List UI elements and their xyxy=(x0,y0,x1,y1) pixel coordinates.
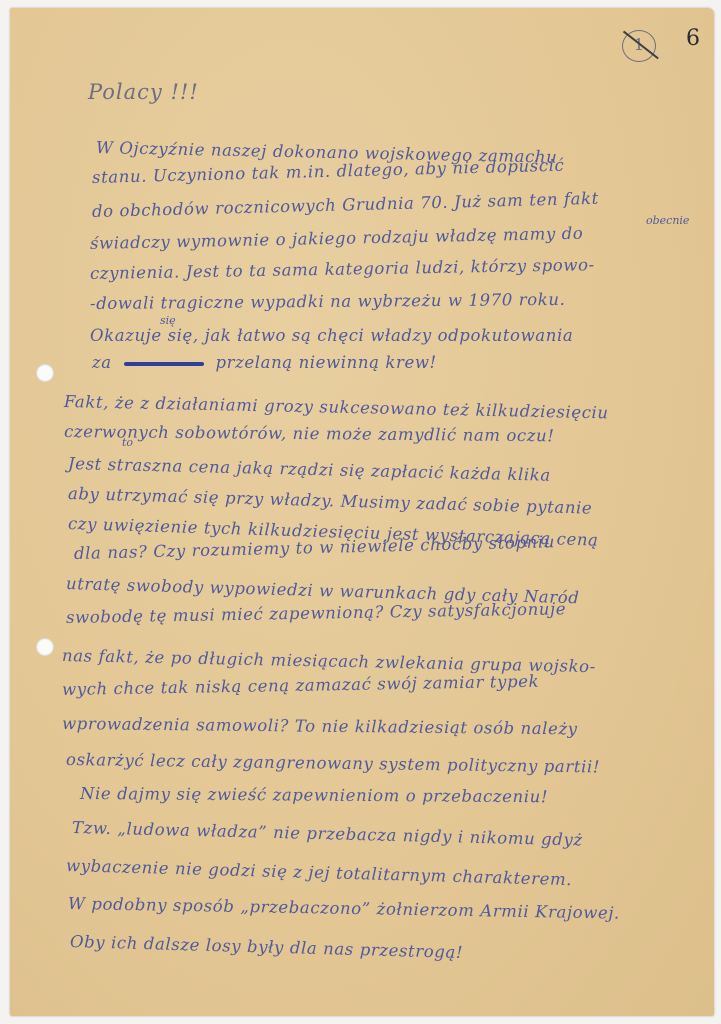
text-line: -dowali tragiczne wypadki na wybrzeżu w … xyxy=(90,290,566,313)
text-line: swobodę tę musi mieć zapewnioną? Czy sat… xyxy=(66,599,566,627)
text-line-remainder: przelaną niewinną krew! xyxy=(215,353,436,372)
text-line: oskarżyć lecz cały zgangrenowany system … xyxy=(66,750,600,776)
text-line: Tzw. „ludowa władza” nie przebacza nigdy… xyxy=(72,818,583,849)
text-line: do obchodów rocznicowych Grudnia 70. Już… xyxy=(92,189,599,221)
strikethrough-mark xyxy=(124,362,204,366)
text-line: Nie dajmy się zwieść zapewnieniom o prze… xyxy=(80,784,548,806)
page-number: 6 xyxy=(686,26,700,51)
text-line: świadczy wymownie o jakiego rodzaju wład… xyxy=(90,224,584,253)
prefix-text: za xyxy=(92,353,112,372)
inserted-word: to xyxy=(122,436,133,449)
document-page: 1 6 Polacy !!! W Ojczyźnie naszej dokona… xyxy=(10,8,714,1016)
text-line: Fakt, że z działaniami grozy sukcesowano… xyxy=(64,392,609,422)
document-heading: Polacy !!! xyxy=(88,80,199,104)
text-line: czerwonych sobowtórów, nie może zamydlić… xyxy=(64,422,555,445)
text-line: Okazuje się, jak łatwo są chęci władzy o… xyxy=(90,326,573,345)
text-line: za przelaną niewinną krew! xyxy=(92,353,437,372)
text-line: aby utrzymać się przy władzy. Musimy zad… xyxy=(68,484,593,518)
text-line: Jest straszna cena jaką rządzi się zapła… xyxy=(68,454,551,485)
crossed-circled-number: 1 xyxy=(622,30,656,62)
text-line: wprowadzenia samowoli? To nie kilkadzies… xyxy=(62,714,578,738)
text-line: Oby ich dalsze losy były dla nas przestr… xyxy=(70,932,464,962)
text-line: W podobny sposób „przebaczono” żołnierzo… xyxy=(68,894,620,923)
punch-hole-bottom xyxy=(36,638,54,656)
text-line: wych chce tak niską ceną zamazać swój za… xyxy=(62,672,539,699)
inserted-word: obecnie xyxy=(646,214,689,227)
text-line: czynienia. Jest to ta sama kategoria lud… xyxy=(90,255,595,283)
text-line: wybaczenie nie godzi się z jej totalitar… xyxy=(66,856,573,889)
punch-hole-top xyxy=(36,364,54,382)
